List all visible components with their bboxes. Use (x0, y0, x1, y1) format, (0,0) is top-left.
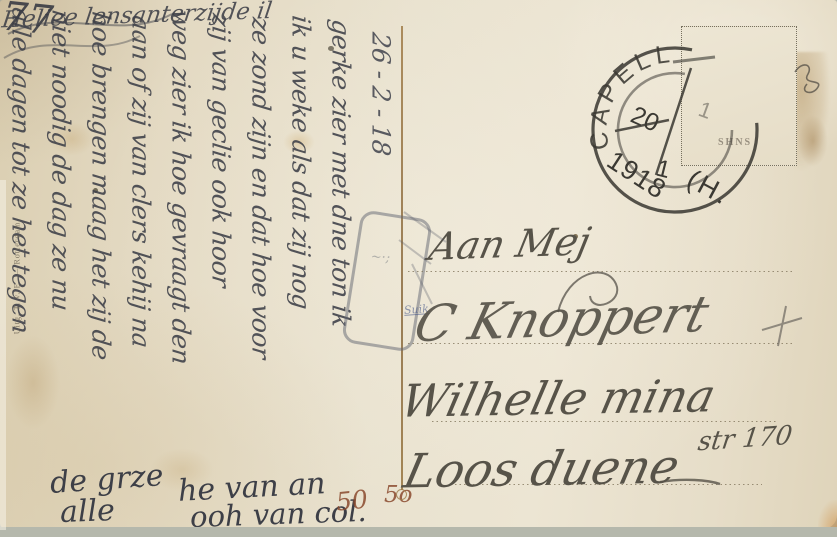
scan-edge-left (0, 180, 6, 530)
plus-mark (762, 306, 802, 346)
address-side-scribble (399, 212, 446, 304)
name-flourish (558, 273, 617, 312)
loosduine-dash (660, 480, 720, 484)
pencil-marks-overlay (0, 0, 837, 537)
publisher-imprint: Uitg. T. v. E. — Rotterdam. (13, 192, 22, 362)
topleft-cross-stroke1 (8, 14, 172, 34)
corner-squiggle (795, 65, 819, 93)
scan-edge-bottom (0, 527, 837, 537)
postcard-back: 26 - 2 - 18 gerke zier met dne ton ik ik… (0, 0, 837, 529)
topleft-cross-stroke2 (4, 36, 140, 58)
